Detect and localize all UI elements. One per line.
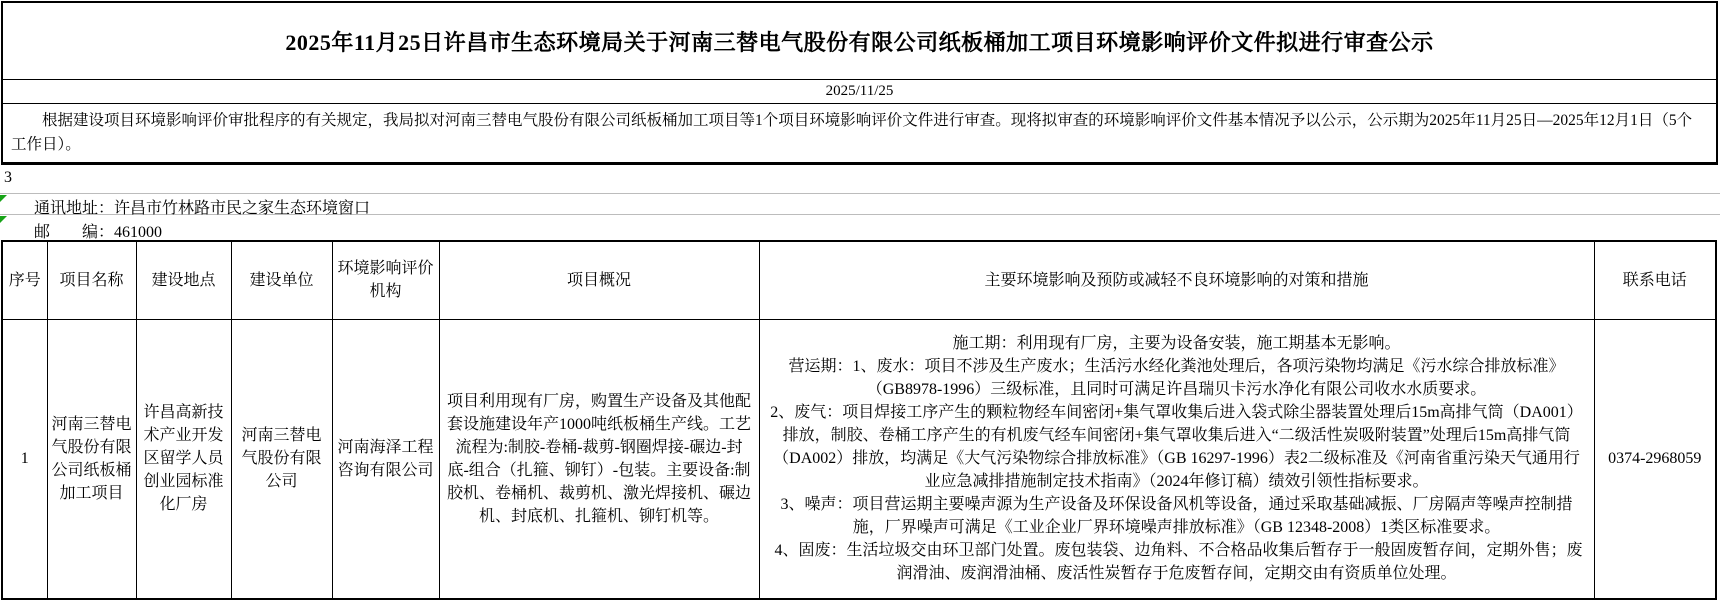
intro-section: 根据建设项目环境影响评价审批程序的有关规定，我局拟对河南三替电气股份有限公司纸板… bbox=[1, 104, 1718, 165]
projects-table: 序号 项目名称 建设地点 建设单位 环境影响评价机构 项目概况 主要环境影响及预… bbox=[1, 240, 1717, 600]
col-header-measures: 主要环境影响及预防或减轻不良环境影响的对策和措施 bbox=[759, 241, 1594, 319]
cell-error-indicator bbox=[0, 216, 7, 223]
cell-location: 许昌高新技术产业开发区留学人员创业园标准化厂房 bbox=[136, 319, 231, 599]
title-bar: 2025年11月25日许昌市生态环境局关于河南三替电气股份有限公司纸板桶加工项目… bbox=[1, 1, 1718, 80]
col-header-eia-agency: 环境影响评价机构 bbox=[332, 241, 439, 319]
row-number-cell: 3 bbox=[0, 165, 1720, 194]
cell-builder: 河南三替电气股份有限公司 bbox=[231, 319, 332, 599]
contact-address-row: 通讯地址：许昌市竹林路市民之家生态环境窗口 bbox=[0, 194, 1720, 215]
postal-code-row: 邮 编：461000 bbox=[0, 215, 1720, 240]
intro-paragraph: 根据建设项目环境影响评价审批程序的有关规定，我局拟对河南三替电气股份有限公司纸板… bbox=[3, 104, 1716, 157]
cell-overview: 项目利用现有厂房，购置生产设备及其他配套设施建设年产1000吨纸板桶生产线。工艺… bbox=[439, 319, 759, 599]
col-header-seq: 序号 bbox=[2, 241, 47, 319]
cell-project-name: 河南三替电气股份有限公司纸板桶加工项目 bbox=[47, 319, 136, 599]
table-header-row: 序号 项目名称 建设地点 建设单位 环境影响评价机构 项目概况 主要环境影响及预… bbox=[2, 241, 1716, 319]
col-header-phone: 联系电话 bbox=[1594, 241, 1716, 319]
postal-code-text: 邮 编：461000 bbox=[34, 224, 162, 241]
publish-date: 2025/11/25 bbox=[826, 83, 894, 100]
cell-error-indicator bbox=[0, 195, 7, 202]
col-header-builder: 建设单位 bbox=[231, 241, 332, 319]
col-header-overview: 项目概况 bbox=[439, 241, 759, 319]
row-number-text: 3 bbox=[4, 169, 12, 186]
cell-seq: 1 bbox=[2, 319, 47, 599]
date-row: 2025/11/25 bbox=[1, 80, 1718, 104]
page-title: 2025年11月25日许昌市生态环境局关于河南三替电气股份有限公司纸板桶加工项目… bbox=[285, 26, 1433, 57]
col-header-project-name: 项目名称 bbox=[47, 241, 136, 319]
col-header-location: 建设地点 bbox=[136, 241, 231, 319]
table-row: 1 河南三替电气股份有限公司纸板桶加工项目 许昌高新技术产业开发区留学人员创业园… bbox=[2, 319, 1716, 599]
cell-eia-agency: 河南海泽工程咨询有限公司 bbox=[332, 319, 439, 599]
cell-phone: 0374-2968059 bbox=[1594, 319, 1716, 599]
announcement-sheet: { "page": { "title": "2025年11月25日许昌市生态环境… bbox=[0, 0, 1720, 608]
cell-measures: 施工期：利用现有厂房，主要为设备安装，施工期基本无影响。 营运期：1、废水：项目… bbox=[759, 319, 1594, 599]
